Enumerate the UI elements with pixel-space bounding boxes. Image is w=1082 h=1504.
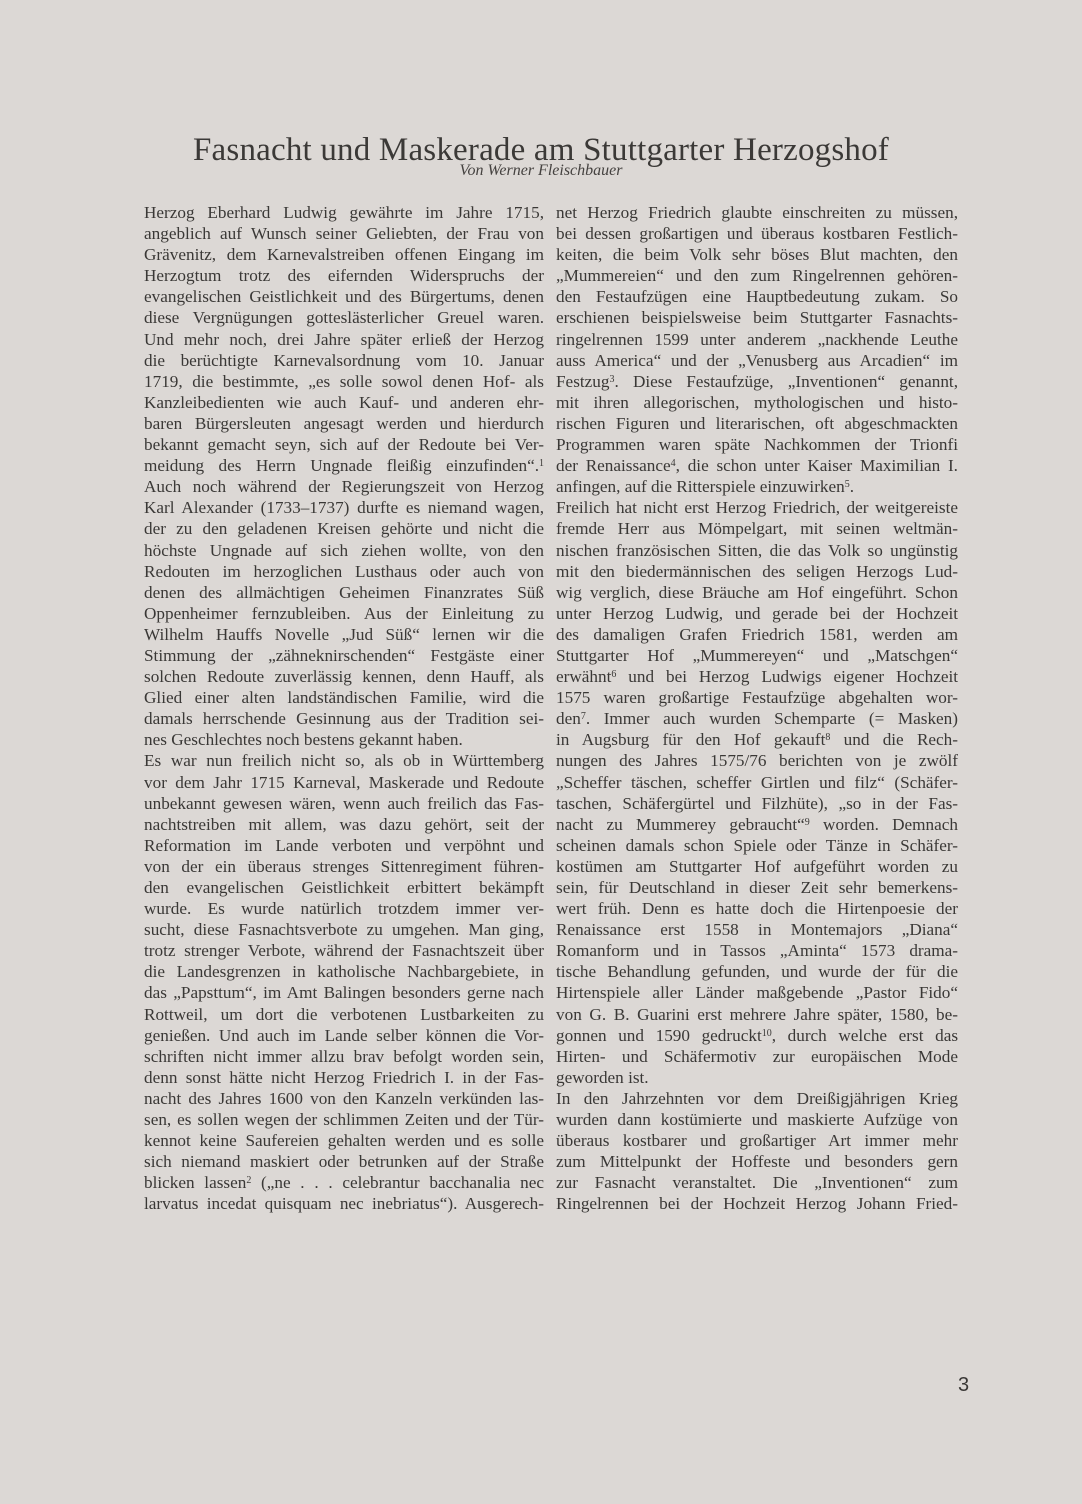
text-line: gonnen und 1590 gedruckt10, durch welche… xyxy=(556,1025,958,1046)
text-line: zur Fasnacht veranstaltet. Die „Inventio… xyxy=(556,1172,958,1193)
footnote-marker: 6 xyxy=(611,669,616,680)
text-line: Ringelrennen bei der Hochzeit Herzog Joh… xyxy=(556,1193,958,1214)
text-line: genießen. Und auch im Lande selber könne… xyxy=(144,1025,544,1046)
text-line: mit ihren allegorischen, mythologischen … xyxy=(556,392,958,413)
text-line: larvatus incedat quisquam nec inebriatus… xyxy=(144,1193,544,1214)
text-line: von der ein überaus strenges Sittenregim… xyxy=(144,856,544,877)
footnote-marker: 7 xyxy=(581,711,586,722)
text-line: Redouten im herzoglichen Lusthaus oder a… xyxy=(144,561,544,582)
text-line: überaus kostbarer und großartiger Art im… xyxy=(556,1130,958,1151)
text-line: Und mehr noch, drei Jahre später erließ … xyxy=(144,329,544,350)
text-line: wert früh. Denn es hatte doch die Hirten… xyxy=(556,898,958,919)
text-line: blicken lassen2 („ne . . . celebrantur b… xyxy=(144,1172,544,1193)
text-line: kostümen am Stuttgarter Hof aufgeführt w… xyxy=(556,856,958,877)
text-line: erschienen beispielsweise beim Stuttgart… xyxy=(556,307,958,328)
text-line: evangelischen Geistlichkeit und des Bürg… xyxy=(144,286,544,307)
text-line: Romanform und in Tassos „Aminta“ 1573 dr… xyxy=(556,940,958,961)
text-line: Renaissance erst 1558 in Montemajors „Di… xyxy=(556,919,958,940)
text-line: unter Herzog Ludwig, und gerade bei der … xyxy=(556,603,958,624)
text-line: die berüchtigte Karnevalsordnung vom 10.… xyxy=(144,350,544,371)
footnote-marker: 2 xyxy=(246,1175,251,1186)
text-line: in Augsburg für den Hof gekauft8 und die… xyxy=(556,729,958,750)
text-line: meidung des Herrn Ungnade fleißig einzuf… xyxy=(144,455,544,476)
page-number: 3 xyxy=(958,1374,969,1397)
document-page: Fasnacht und Maskerade am Stuttgarter He… xyxy=(0,0,1082,1504)
text-line: höchste Ungnade auf sich ziehen wollte, … xyxy=(144,540,544,561)
text-line: Stimmung der „zähneknirschenden“ Festgäs… xyxy=(144,645,544,666)
text-line: rischen Figuren und literarischen, oft a… xyxy=(556,413,958,434)
text-line: solchen Redoute zuverlässig kennen, denn… xyxy=(144,666,544,687)
text-line: Herzog Eberhard Ludwig gewährte im Jahre… xyxy=(144,202,544,223)
text-line: den Festaufzügen eine Hauptbedeutung zuk… xyxy=(556,286,958,307)
text-line: „Mummereien“ und den zum Ringelrennen ge… xyxy=(556,265,958,286)
text-line: das „Papsttum“, im Amt Balingen besonder… xyxy=(144,982,544,1003)
text-line: den7. Immer auch wurden Schemparte (= Ma… xyxy=(556,708,958,729)
text-line: taschen, Schäfergürtel und Filzhüte), „s… xyxy=(556,793,958,814)
text-line: Freilich hat nicht erst Herzog Friedrich… xyxy=(556,497,958,518)
article-byline: Von Werner Fleischbauer xyxy=(0,162,1082,180)
text-line: angeblich auf Wunsch seiner Geliebten, d… xyxy=(144,223,544,244)
text-line: denn sonst hätte nicht Herzog Friedrich … xyxy=(144,1067,544,1088)
text-line: Hirten- und Schäfermotiv zur europäische… xyxy=(556,1046,958,1067)
text-line: wurde. Es wurde natürlich trotzdem immer… xyxy=(144,898,544,919)
text-line: nachtstreiben mit allem, was dazu gehört… xyxy=(144,814,544,835)
text-line: erwähnt6 und bei Herzog Ludwigs eigener … xyxy=(556,666,958,687)
text-line: damals herrschende Gesinnung aus der Tra… xyxy=(144,708,544,729)
text-line: tische Behandlung gefunden, und wurde de… xyxy=(556,961,958,982)
text-line: sein, für Deutschland in dieser Zeit seh… xyxy=(556,877,958,898)
text-line: 1575 waren großartige Festaufzüge abgeha… xyxy=(556,687,958,708)
text-line: Hirtenspiele aller Länder maßgebende „Pa… xyxy=(556,982,958,1003)
footnote-marker: 10 xyxy=(762,1028,772,1039)
text-line: „Scheffer täschen, scheffer Girtlen und … xyxy=(556,772,958,793)
text-line: diese Vergnügungen gotteslästerlicher Gr… xyxy=(144,307,544,328)
text-line: Stuttgarter Hof „Mummereyen“ und „Matsch… xyxy=(556,645,958,666)
text-line: vor dem Jahr 1715 Karneval, Maskerade un… xyxy=(144,772,544,793)
text-line: sen, es sollen wegen der schlimmen Zeite… xyxy=(144,1109,544,1130)
text-line: schriften nicht immer allzu brav befolgt… xyxy=(144,1046,544,1067)
text-line: geworden ist. xyxy=(556,1067,958,1088)
text-line: denen des allmächtigen Geheimen Finanzra… xyxy=(144,582,544,603)
text-line: Grävenitz, dem Karnevalstreiben offenen … xyxy=(144,244,544,265)
footnote-marker: 4 xyxy=(671,458,676,469)
text-line: wurden dann kostümierte und maskierte Au… xyxy=(556,1109,958,1130)
text-line: wig verglich, diese Bräuche am Hof einge… xyxy=(556,582,958,603)
text-line: des damaligen Grafen Friedrich 1581, wer… xyxy=(556,624,958,645)
text-line: ringelrennen 1599 unter anderem „nackhen… xyxy=(556,329,958,350)
text-line: anfingen, auf die Ritterspiele einzuwirk… xyxy=(556,476,958,497)
text-line: auss America“ und der „Venusberg aus Arc… xyxy=(556,350,958,371)
text-line: Programmen waren späte Nachkommen der Tr… xyxy=(556,434,958,455)
text-line: Rottweil, um dort die verbotenen Lustbar… xyxy=(144,1004,544,1025)
text-line: mit den biedermännischen des seligen Her… xyxy=(556,561,958,582)
footnote-marker: 1 xyxy=(539,458,544,469)
text-line: scheinen damals schon Spiele oder Tänze … xyxy=(556,835,958,856)
text-line: der zu den geladenen Kreisen gehörte und… xyxy=(144,518,544,539)
text-line: Es war nun freilich nicht so, als ob in … xyxy=(144,750,544,771)
text-line: kennot keine Saufereien gehalten werden … xyxy=(144,1130,544,1151)
left-text-column: Herzog Eberhard Ludwig gewährte im Jahre… xyxy=(144,202,544,1215)
text-line: nischen französischen Sitten, die das Vo… xyxy=(556,540,958,561)
text-line: keiten, die beim Volk sehr böses Blut ma… xyxy=(556,244,958,265)
text-line: Reformation im Lande verboten und verpöh… xyxy=(144,835,544,856)
footnote-marker: 5 xyxy=(845,479,850,490)
text-line: nacht des Jahres 1600 von den Kanzeln ve… xyxy=(144,1088,544,1109)
text-line: baren Bürgersleuten angesagt werden und … xyxy=(144,413,544,434)
text-line: Oppenheimer fernzubleiben. Aus der Einle… xyxy=(144,603,544,624)
text-line: Kanzleibedienten wie auch Kauf- und ande… xyxy=(144,392,544,413)
text-line: nacht zu Mummerey gebraucht“9 worden. De… xyxy=(556,814,958,835)
text-line: sich niemand maskiert oder betrunken auf… xyxy=(144,1151,544,1172)
text-line: bei dessen großartigen und überaus kostb… xyxy=(556,223,958,244)
text-line: Karl Alexander (1733–1737) durfte es nie… xyxy=(144,497,544,518)
text-line: Wilhelm Hauffs Novelle „Jud Süß“ lernen … xyxy=(144,624,544,645)
text-line: unbekannt gewesen wären, wenn auch freil… xyxy=(144,793,544,814)
text-line: 1719, die bestimmte, „es solle sowol den… xyxy=(144,371,544,392)
right-text-column: net Herzog Friedrich glaubte einschreite… xyxy=(556,202,958,1215)
text-line: bekannt gemacht seyn, sich auf der Redou… xyxy=(144,434,544,455)
text-line: net Herzog Friedrich glaubte einschreite… xyxy=(556,202,958,223)
text-line: Herzogtum trotz des eifernden Widerspruc… xyxy=(144,265,544,286)
text-line: nes Geschlechtes noch bestens gekannt ha… xyxy=(144,729,544,750)
footnote-marker: 9 xyxy=(805,817,810,828)
text-line: nungen des Jahres 1575/76 berichten von … xyxy=(556,750,958,771)
text-line: den evangelischen Geistlichkeit erbitter… xyxy=(144,877,544,898)
text-line: trotz strenger Verbote, während der Fasn… xyxy=(144,940,544,961)
footnote-marker: 8 xyxy=(825,732,830,743)
text-line: der Renaissance4, die schon unter Kaiser… xyxy=(556,455,958,476)
text-line: zum Mittelpunkt der Hoffeste und besonde… xyxy=(556,1151,958,1172)
footnote-marker: 3 xyxy=(609,374,614,385)
text-line: Glied einer alten landständischen Famili… xyxy=(144,687,544,708)
text-line: Festzug3. Diese Festaufzüge, „Inventione… xyxy=(556,371,958,392)
text-line: die Landesgrenzen in katholische Nachbar… xyxy=(144,961,544,982)
text-line: von G. B. Guarini erst mehrere Jahre spä… xyxy=(556,1004,958,1025)
text-line: fremde Herr aus Mömpelgart, mit seinen w… xyxy=(556,518,958,539)
text-line: In den Jahrzehnten vor dem Dreißigjährig… xyxy=(556,1088,958,1109)
text-line: Auch noch während der Regierungszeit von… xyxy=(144,476,544,497)
text-line: sucht, diese Fasnachtsverbote zu umgehen… xyxy=(144,919,544,940)
